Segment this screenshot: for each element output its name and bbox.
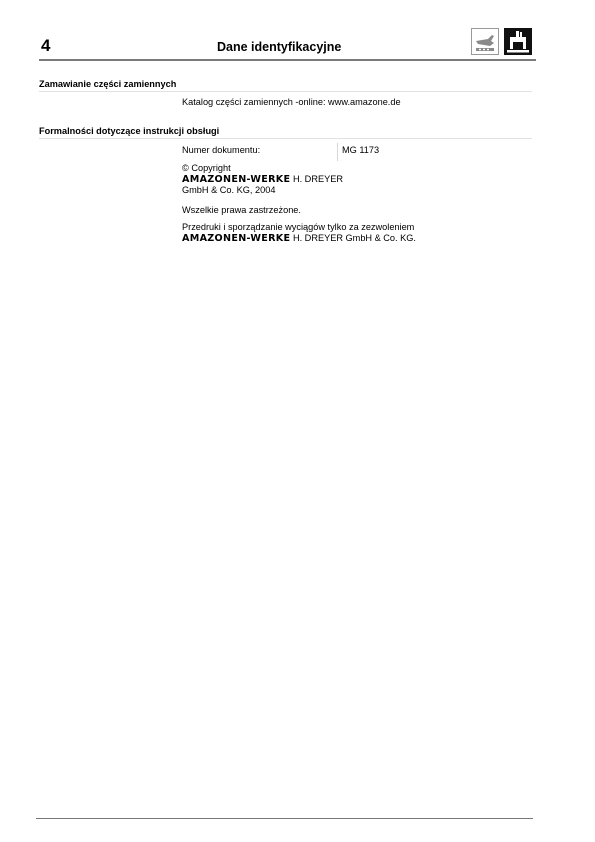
reprint-owner: AMAZONEN-WERKE H. DREYER GmbH & Co. KG. <box>182 233 416 244</box>
reprint-notice-block: Przedruki i sporządzanie wyciągów tylko … <box>182 222 416 244</box>
rights-reserved-text: Wszelkie prawa zastrzeżone. <box>182 205 301 216</box>
column-divider <box>337 143 338 161</box>
section-title-spare-parts: Zamawianie części zamiennych <box>39 79 176 89</box>
section-divider <box>39 91 532 92</box>
section-title-manual-formalities: Formalności dotyczące instrukcji obsługi <box>39 126 219 136</box>
copyright-block: © Copyright AMAZONEN-WERKE H. DREYER Gmb… <box>182 163 343 196</box>
amazone-brand-logo-icon <box>504 28 532 55</box>
brand-name: AMAZONEN-WERKE <box>182 174 290 185</box>
copyright-owner: AMAZONEN-WERKE H. DREYER <box>182 174 343 185</box>
page-title: Dane identyfikacyjne <box>217 40 341 54</box>
brand-name: AMAZONEN-WERKE <box>182 233 290 244</box>
header-divider <box>39 59 536 61</box>
seeder-logo-icon <box>471 28 499 55</box>
reprint-notice: Przedruki i sporządzanie wyciągów tylko … <box>182 222 416 233</box>
copyright-line: © Copyright <box>182 163 343 174</box>
document-number-label: Numer dokumentu: <box>182 145 260 156</box>
page-number: 4 <box>41 36 50 56</box>
footer-divider <box>36 818 533 819</box>
spare-parts-catalog-text: Katalog części zamiennych -online: www.a… <box>182 97 401 108</box>
document-number-value: MG 1173 <box>342 145 379 156</box>
copyright-owner-line2: GmbH & Co. KG, 2004 <box>182 185 343 196</box>
section-divider <box>39 138 532 139</box>
